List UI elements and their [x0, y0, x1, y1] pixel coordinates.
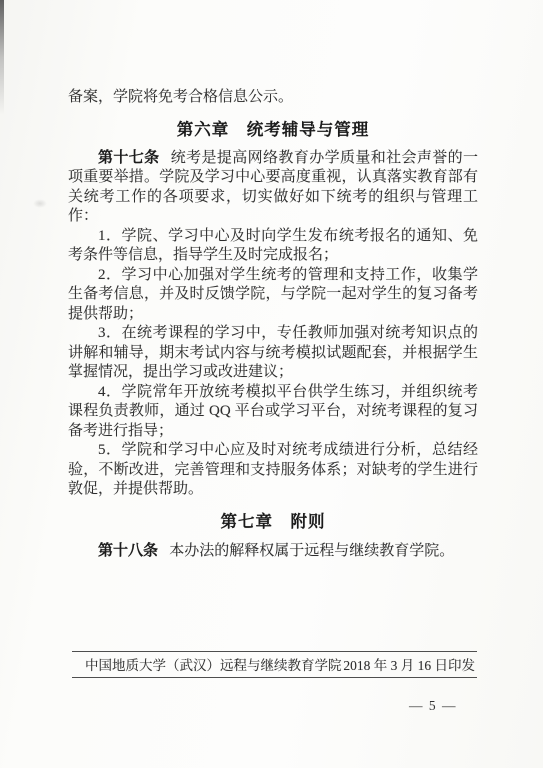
scan-edge-artifact	[0, 0, 4, 115]
page-number: — 5 —	[409, 698, 457, 714]
scanned-document-page: 备案，学院将免考合格信息公示。 第六章 统考辅导与管理 第十七条统考是提高网络教…	[0, 0, 543, 768]
carryover-paragraph: 备案，学院将免考合格信息公示。	[68, 88, 478, 108]
statute-item-1: 1．学院、学习中心及时向学生发布统考报名的通知、免考条件等信息，指导学生及时完成…	[68, 227, 478, 266]
article-18-label: 第十八条	[98, 543, 158, 559]
document-body: 备案，学院将免考合格信息公示。 第六章 统考辅导与管理 第十七条统考是提高网络教…	[68, 88, 478, 561]
article-18-text: 本办法的解释权属于远程与继续教育学院。	[169, 543, 454, 559]
chapter-7-heading: 第七章 附则	[68, 510, 478, 534]
statute-item-4: 4．学院常年开放统考模拟平台供学生练习，并组织统考课程负责教师，通过 QQ 平台…	[68, 383, 478, 442]
statute-item-5: 5．学院和学习中心应及时对统考成绩进行分析，总结经验，不断改进，完善管理和支持服…	[68, 441, 478, 500]
document-footer: 中国地质大学（武汉）远程与继续教育学院 2018 年 3 月 16 日印发	[72, 651, 477, 678]
scan-smudge	[33, 199, 47, 208]
statute-item-3: 3．在统考课程的学习中，专任教师加强对统考知识点的讲解和辅导，期末考试内容与统考…	[68, 324, 478, 383]
article-17-paragraph: 第十七条统考是提高网络教育办学质量和社会声誉的一项重要举措。学院及学习中心要高度…	[68, 149, 478, 227]
footer-issuer: 中国地质大学（武汉）远程与继续教育学院	[85, 654, 342, 674]
article-17-label: 第十七条	[98, 150, 160, 166]
statute-item-2: 2．学习中心加强对学生统考的管理和支持工作，收集学生备考信息，并及时反馈学院，与…	[68, 266, 478, 325]
footer-print-date: 2018 年 3 月 16 日印发	[343, 654, 475, 674]
footer-row: 中国地质大学（武汉）远程与继续教育学院 2018 年 3 月 16 日印发	[72, 654, 477, 674]
article-18-paragraph: 第十八条本办法的解释权属于远程与继续教育学院。	[68, 542, 478, 562]
chapter-6-heading: 第六章 统考辅导与管理	[68, 118, 478, 142]
